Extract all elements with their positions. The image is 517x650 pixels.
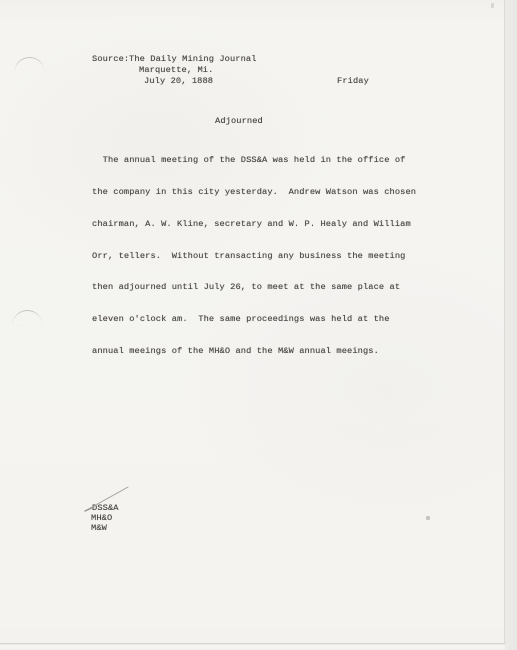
paper-bottom-edge	[0, 643, 505, 650]
article-body-line: the company in this city yesterday. Andr…	[92, 187, 416, 198]
journal-location: Marquette, Mi.	[139, 65, 213, 76]
stamp-mw: M&W	[91, 523, 107, 534]
article-body: The annual meeting of the DSS&A was held…	[92, 134, 416, 378]
paper-right-edge	[504, 0, 517, 650]
article-body-line: then adjourned until July 26, to meet at…	[92, 282, 416, 293]
paper-speck	[426, 516, 430, 520]
journal-date: July 20, 1888	[144, 76, 213, 87]
article-headline: Adjourned	[215, 116, 263, 127]
scanned-document-page: Source: The Daily Mining Journal Marquet…	[0, 0, 517, 650]
article-body-line: eleven o'clock am. The same proceedings …	[92, 314, 416, 325]
weekday: Friday	[337, 76, 369, 87]
page-curl-mark-middle	[12, 309, 43, 326]
article-body-line: Orr, tellers. Without transacting any bu…	[92, 251, 416, 262]
journal-name: The Daily Mining Journal	[129, 54, 257, 65]
pencil-checkmark	[80, 482, 136, 516]
scan-artifact-top-right	[491, 3, 494, 8]
article-body-line: The annual meeting of the DSS&A was held…	[92, 155, 416, 166]
article-body-line: chairman, A. W. Kline, secretary and W. …	[92, 219, 416, 230]
source-label: Source:	[92, 54, 129, 65]
page-curl-mark-top	[14, 56, 45, 73]
article-body-line: annual meeings of the MH&O and the M&W a…	[92, 346, 416, 357]
